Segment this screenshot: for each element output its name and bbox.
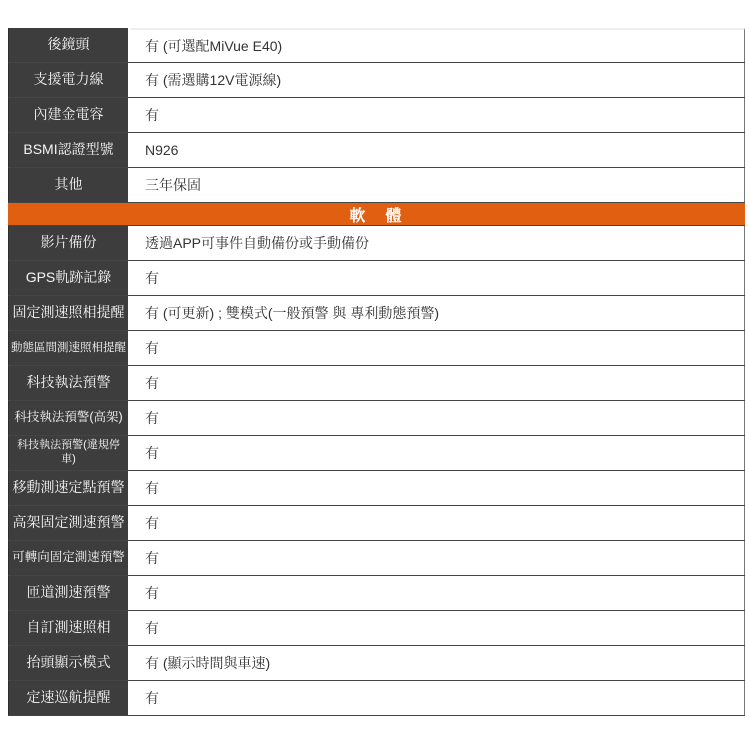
row-value: 有	[131, 611, 745, 645]
table-row: 可轉向固定測速預警有	[8, 541, 745, 576]
table-row: 內建金電容有	[8, 98, 745, 133]
row-label: 動態區間測速照相提醒	[8, 331, 128, 365]
table-row: GPS軌跡記錄有	[8, 261, 745, 296]
spec-table: 後鏡頭有 (可選配MiVue E40)支援電力線有 (需選購12V電源線)內建金…	[8, 28, 745, 716]
row-value: 有	[131, 471, 745, 505]
row-value: 有	[131, 366, 745, 400]
table-row: 高架固定測速預警有	[8, 506, 745, 541]
row-label: 自訂測速照相	[8, 611, 128, 645]
table-row: 動態區間測速照相提醒有	[8, 331, 745, 366]
table-row: 抬頭顯示模式有 (顯示時間與車速)	[8, 646, 745, 681]
row-value: 有	[131, 506, 745, 540]
table-row: 支援電力線有 (需選購12V電源線)	[8, 63, 745, 98]
row-value: 有	[131, 681, 745, 715]
table-row: 固定測速照相提醒有 (可更新) ; 雙模式(一般預警 與 專利動態預警)	[8, 296, 745, 331]
row-value: 有	[131, 541, 745, 575]
row-label: 其他	[8, 168, 128, 202]
row-label: 科技執法預警	[8, 366, 128, 400]
spec-section-software: 影片備份透過APP可事件自動備份或手動備份GPS軌跡記錄有固定測速照相提醒有 (…	[8, 226, 745, 716]
table-row: 影片備份透過APP可事件自動備份或手動備份	[8, 226, 745, 261]
row-value: 有	[131, 98, 745, 132]
row-label: 匝道測速預警	[8, 576, 128, 610]
table-row: 自訂測速照相有	[8, 611, 745, 646]
table-row: BSMI認證型號N926	[8, 133, 745, 168]
row-value: 有	[131, 576, 745, 610]
table-row: 科技執法預警有	[8, 366, 745, 401]
row-value: 有	[131, 261, 745, 295]
row-label: 高架固定測速預警	[8, 506, 128, 540]
row-value: N926	[131, 133, 745, 167]
row-value: 有 (需選購12V電源線)	[131, 63, 745, 97]
row-label: 可轉向固定測速預警	[8, 541, 128, 575]
row-label: 支援電力線	[8, 63, 128, 97]
row-label: 後鏡頭	[8, 28, 128, 62]
row-value: 有	[131, 331, 745, 365]
table-row: 匝道測速預警有	[8, 576, 745, 611]
row-value: 有 (可選配MiVue E40)	[131, 28, 745, 62]
row-label: 固定測速照相提醒	[8, 296, 128, 330]
row-label: BSMI認證型號	[8, 133, 128, 167]
row-value: 有 (顯示時間與車速)	[131, 646, 745, 680]
row-label: 影片備份	[8, 226, 128, 260]
row-value: 有 (可更新) ; 雙模式(一般預警 與 專利動態預警)	[131, 296, 745, 330]
row-value: 透過APP可事件自動備份或手動備份	[131, 226, 745, 260]
row-value: 有	[131, 436, 745, 470]
row-label: 移動測速定點預警	[8, 471, 128, 505]
spec-page: 後鏡頭有 (可選配MiVue E40)支援電力線有 (需選購12V電源線)內建金…	[0, 0, 750, 750]
spec-section-general: 後鏡頭有 (可選配MiVue E40)支援電力線有 (需選購12V電源線)內建金…	[8, 28, 745, 203]
table-row: 移動測速定點預警有	[8, 471, 745, 506]
table-row: 定速巡航提醒有	[8, 681, 745, 716]
table-row: 科技執法預警(高架)有	[8, 401, 745, 436]
row-label: GPS軌跡記錄	[8, 261, 128, 295]
table-row: 其他三年保固	[8, 168, 745, 203]
row-label: 定速巡航提醒	[8, 681, 128, 715]
row-value: 三年保固	[131, 168, 745, 202]
section-header-software: 軟 體	[8, 203, 745, 226]
table-row: 科技執法預警(違規停車)有	[8, 436, 745, 471]
row-label: 內建金電容	[8, 98, 128, 132]
row-label: 科技執法預警(高架)	[8, 401, 128, 435]
table-row: 後鏡頭有 (可選配MiVue E40)	[8, 28, 745, 63]
row-label: 科技執法預警(違規停車)	[8, 436, 128, 470]
row-label: 抬頭顯示模式	[8, 646, 128, 680]
row-value: 有	[131, 401, 745, 435]
